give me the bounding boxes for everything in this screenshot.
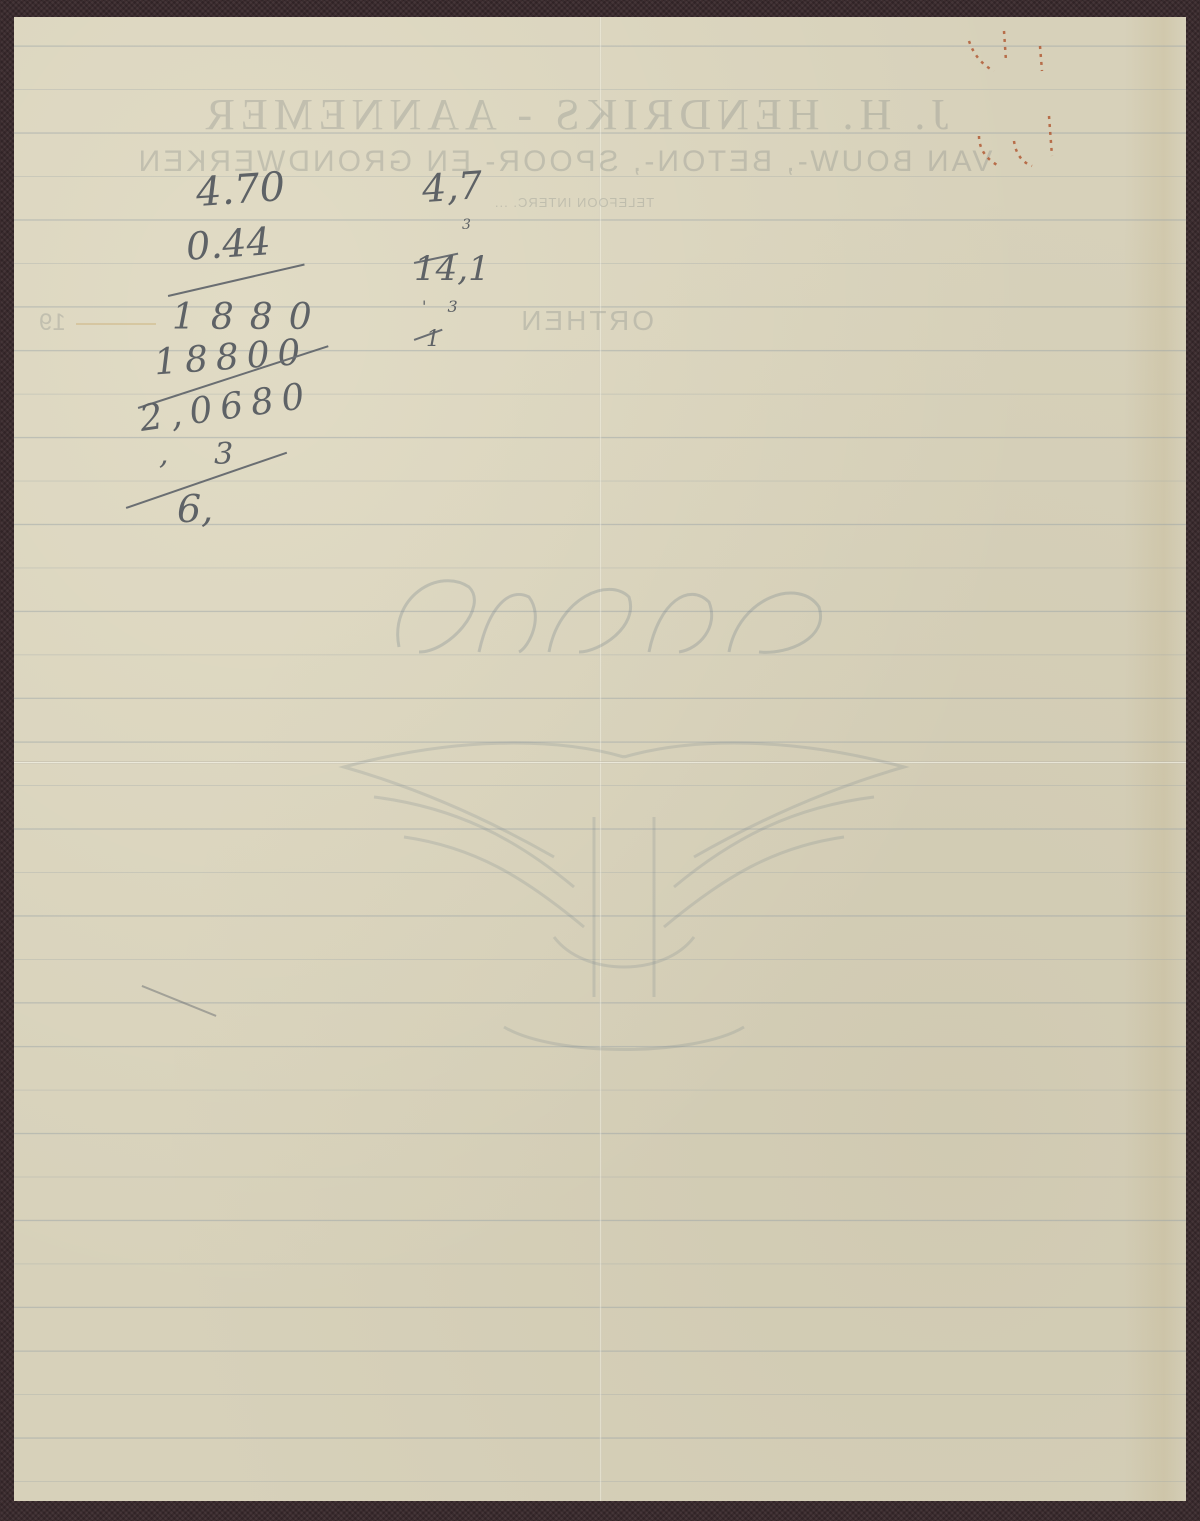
showthrough-place: ORTHEN bbox=[484, 305, 654, 337]
showthrough-year: 19 bbox=[39, 309, 179, 337]
calc-left-multiplicand: 4.70 bbox=[195, 164, 287, 216]
calc-right-carry-1: 3 bbox=[462, 217, 471, 233]
letter-sheet: J. H. HENDRIKS - AANNEMER VAN BOUW-, BET… bbox=[14, 17, 1186, 1501]
calc-left-multiplier: 0.44 bbox=[185, 219, 272, 269]
showthrough-signature-icon bbox=[379, 557, 839, 677]
calc-left-carry: , 3 bbox=[159, 437, 251, 472]
showthrough-eagle-emblem-icon bbox=[254, 697, 994, 1117]
calc-right-result: 1 bbox=[426, 327, 440, 352]
calc-left-result: 6, bbox=[177, 487, 213, 531]
red-stamp-mark-icon bbox=[954, 21, 1074, 171]
calc-right-carry-2: ' 3 bbox=[422, 297, 466, 316]
calc-right-value: 4,7 bbox=[421, 163, 484, 211]
showthrough-letterhead-title: J. H. HENDRIKS - AANNEMER bbox=[134, 89, 1014, 140]
calc-right-product: 14,1 bbox=[414, 249, 490, 289]
